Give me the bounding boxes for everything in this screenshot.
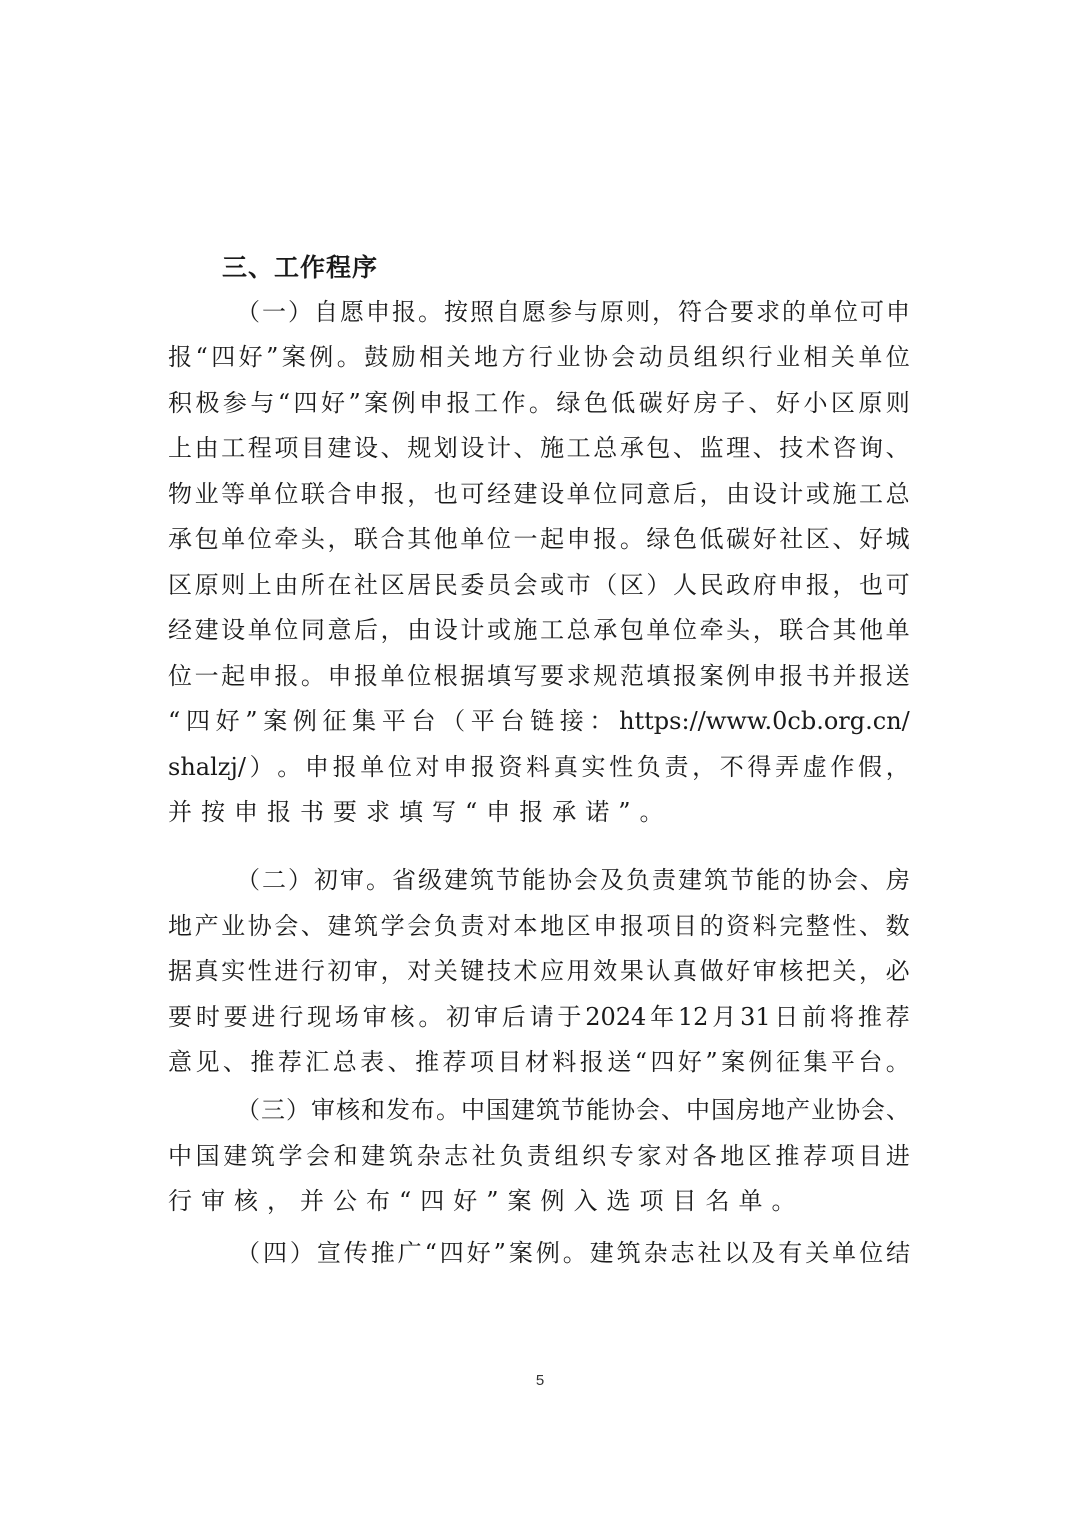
paragraph-2-line-3: 据真实性进行初审，对关键技术应用效果认真做好审核把关，必 bbox=[168, 951, 910, 991]
paragraph-1-line-10-with-link: “四好”案例征集平台（平台链接：https://www.0cb.org.cn/ bbox=[168, 701, 910, 741]
paragraph-3-line-1: （三）审核和发布。中国建筑节能协会、中国房地产业协会、 bbox=[236, 1090, 910, 1130]
paragraph-1-line-5: 物业等单位联合申报，也可经建设单位同意后，由设计或施工总 bbox=[168, 474, 910, 514]
paragraph-1-line-7: 区原则上由所在社区居民委员会或市（区）人民政府申报，也可 bbox=[168, 565, 910, 605]
document-page: 三、工作程序 （一）自愿申报。按照自愿参与原则，符合要求的单位可申 报“四好”案… bbox=[0, 0, 1080, 1534]
paragraph-3-line-3: 行审核，并公布“四好”案例入选项目名单。 bbox=[168, 1181, 910, 1221]
paragraph-2-line-4: 要时要进行现场审核。初审后请于2024年12月31日前将推荐 bbox=[168, 997, 910, 1037]
paragraph-2-line-1: （二）初审。省级建筑节能协会及负责建筑节能的协会、房 bbox=[236, 860, 910, 900]
paragraph-1-line-12: 并按申报书要求填写“申报承诺”。 bbox=[168, 792, 910, 832]
paragraph-1-line-8: 经建设单位同意后，由设计或施工总承包单位牵头，联合其他单 bbox=[168, 610, 910, 650]
paragraph-3-line-2: 中国建筑学会和建筑杂志社负责组织专家对各地区推荐项目进 bbox=[168, 1136, 910, 1176]
paragraph-2-line-5: 意见、推荐汇总表、推荐项目材料报送“四好”案例征集平台。 bbox=[168, 1042, 910, 1082]
section-heading: 三、工作程序 bbox=[222, 250, 378, 286]
paragraph-1-line-9: 位一起申报。申报单位根据填写要求规范填报案例申报书并报送 bbox=[168, 656, 910, 696]
paragraph-1-line-11: shalzj/）。申报单位对申报资料真实性负责，不得弄虚作假， bbox=[168, 747, 910, 787]
paragraph-1-line-3: 积极参与“四好”案例申报工作。绿色低碳好房子、好小区原则 bbox=[168, 383, 910, 423]
paragraph-4-line-1: （四）宣传推广“四好”案例。建筑杂志社以及有关单位结 bbox=[236, 1233, 910, 1273]
paragraph-1-line-2: 报“四好”案例。鼓励相关地方行业协会动员组织行业相关单位 bbox=[168, 337, 910, 377]
page-number: 5 bbox=[0, 1372, 1080, 1389]
paragraph-2-line-2: 地产业协会、建筑学会负责对本地区申报项目的资料完整性、数 bbox=[168, 906, 910, 946]
paragraph-1-line-6: 承包单位牵头，联合其他单位一起申报。绿色低碳好社区、好城 bbox=[168, 519, 910, 559]
paragraph-1-line-4: 上由工程项目建设、规划设计、施工总承包、监理、技术咨询、 bbox=[168, 428, 910, 468]
paragraph-1-line-1: （一）自愿申报。按照自愿参与原则，符合要求的单位可申 bbox=[236, 292, 910, 332]
